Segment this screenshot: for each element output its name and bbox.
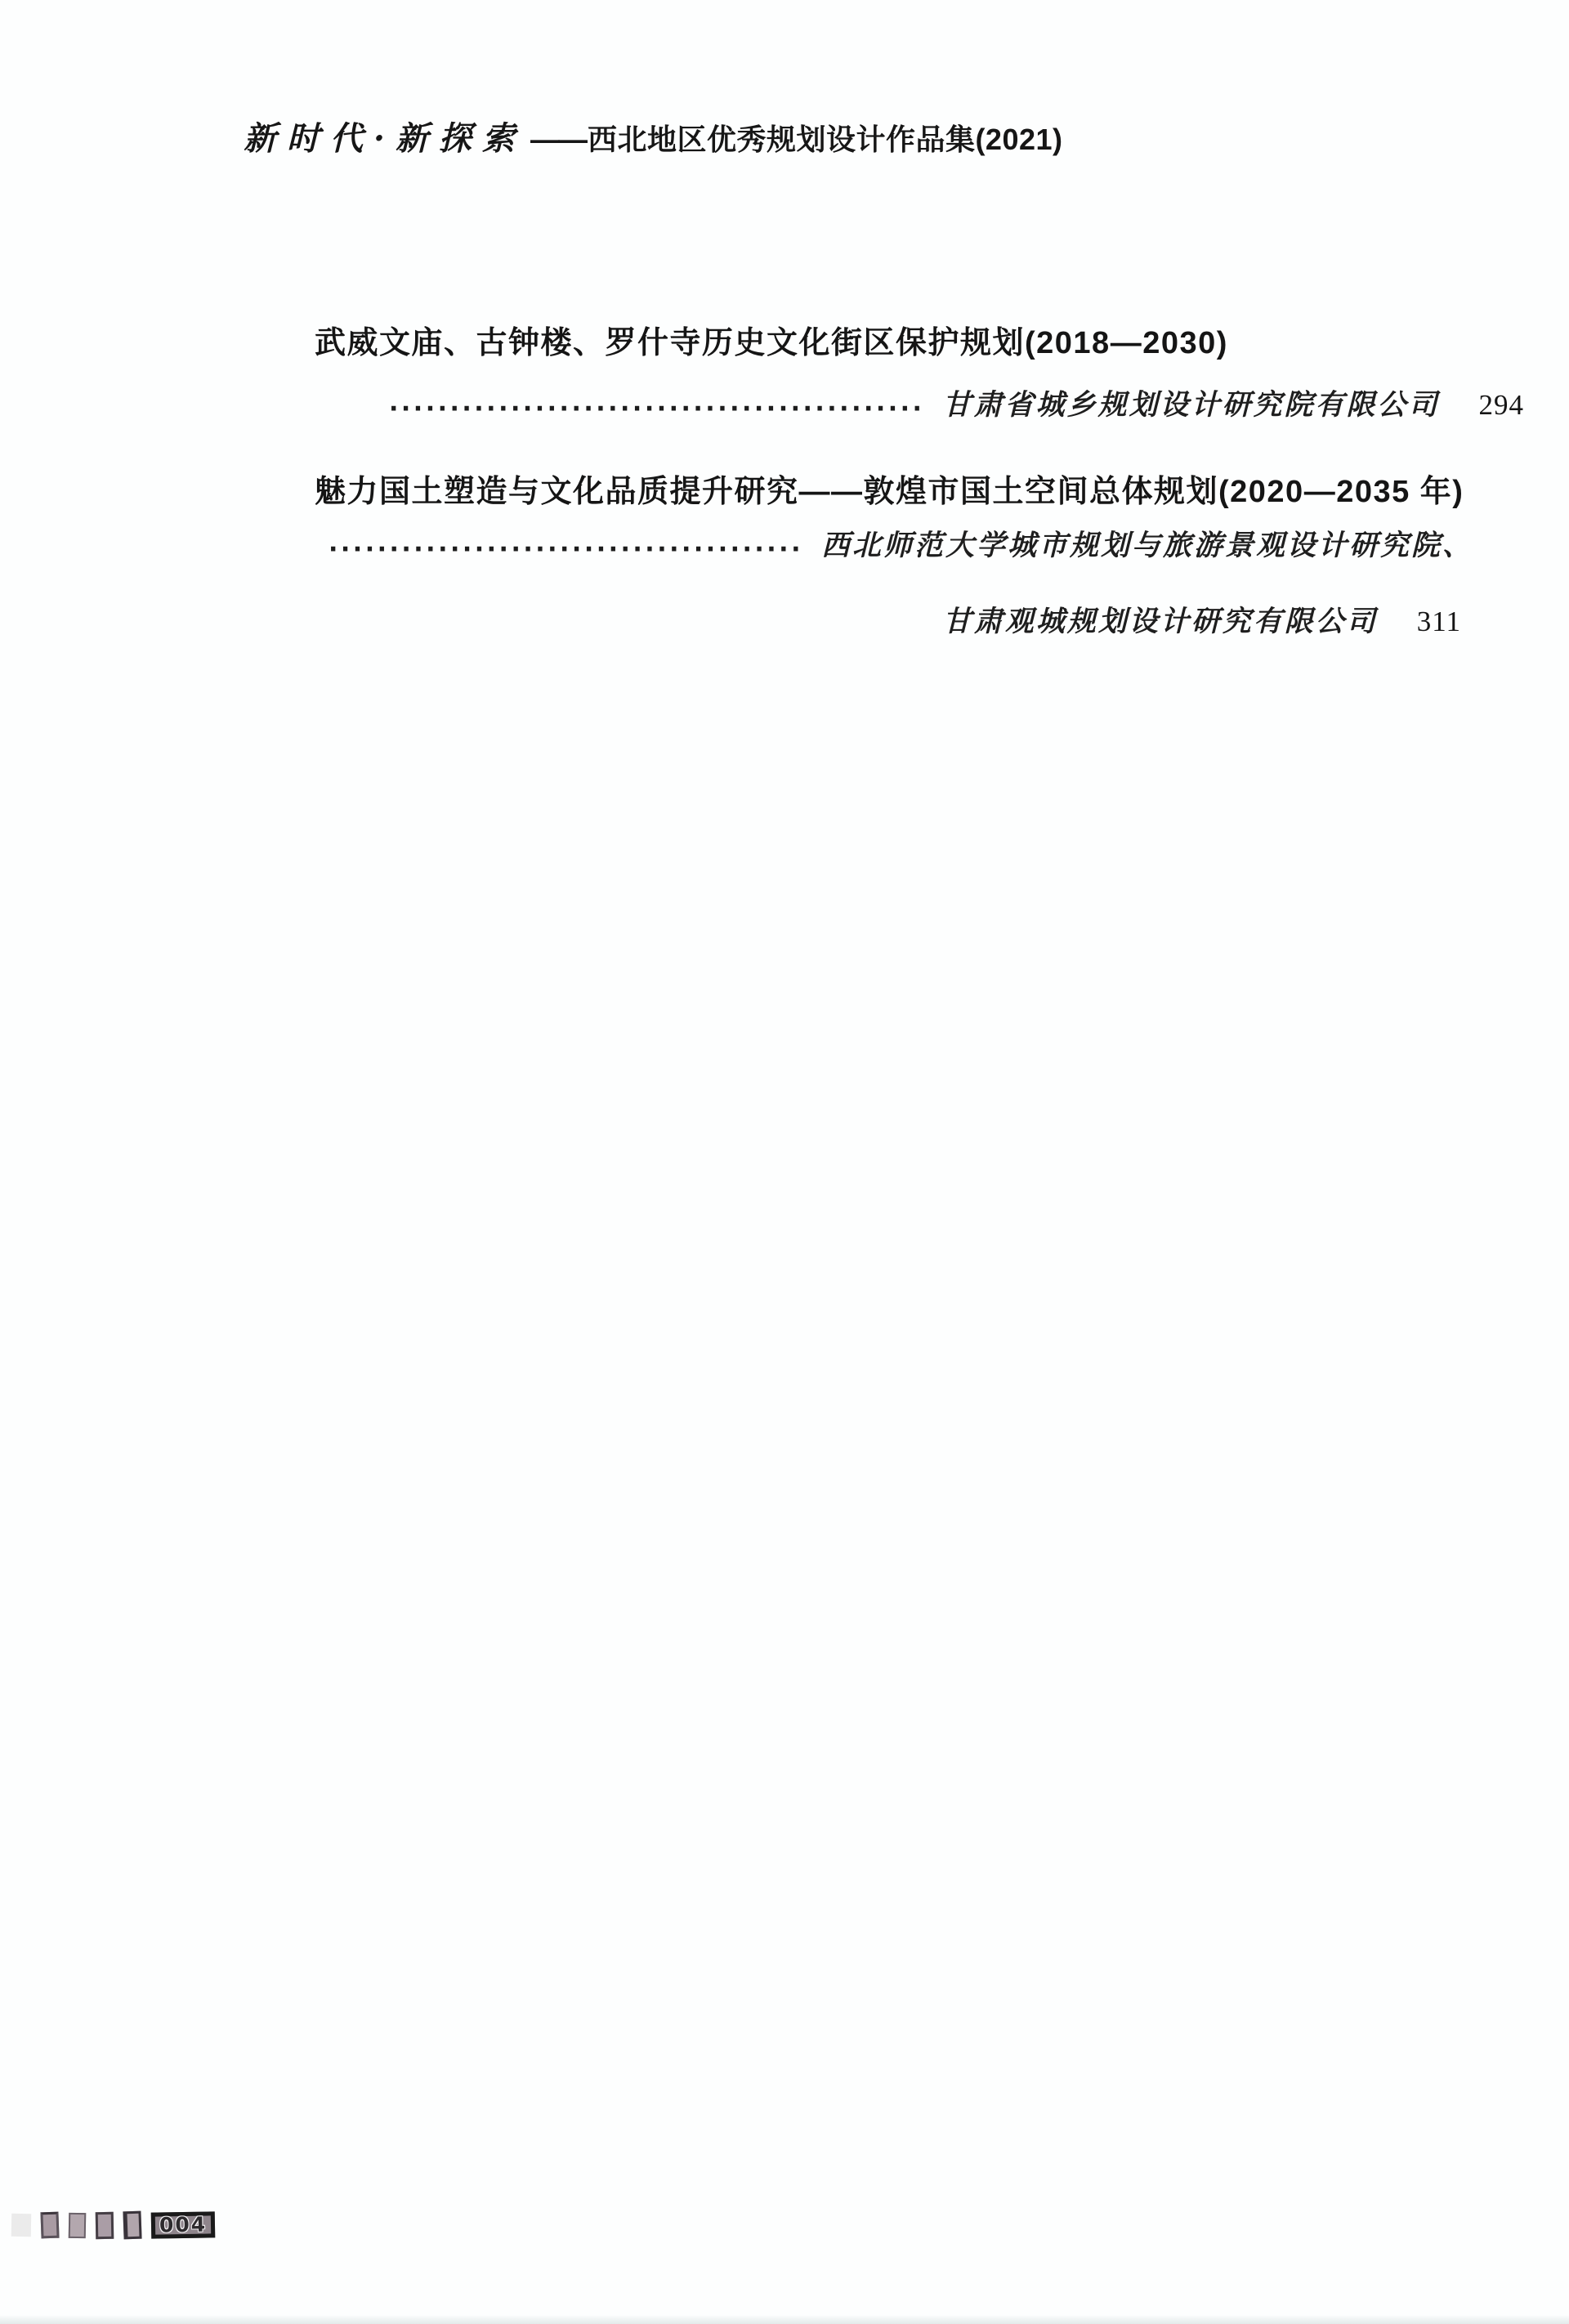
- printer-tone-square: [69, 2212, 87, 2237]
- printer-tone-square: [11, 2214, 31, 2237]
- toc-entry-1-organization: 甘肃省城乡规划设计研究院有限公司: [942, 382, 1439, 423]
- toc-entry-1-leader-row: ········································…: [389, 382, 1524, 423]
- book-subtitle: 西北地区优秀规划设计作品集(2021): [588, 117, 1063, 159]
- dotted-leader: ········································…: [389, 395, 924, 423]
- toc-entry-2-organization-2: 甘肃观城规划设计研究有限公司: [943, 599, 1378, 640]
- toc-entry-1-page-number: 294: [1478, 389, 1524, 422]
- book-title-dash: ——: [530, 123, 586, 157]
- toc-entry-1-title: 武威文庙、古钟楼、罗什寺历史文化街区保护规划(2018—2030): [315, 317, 1228, 362]
- printer-tone-square: [96, 2211, 114, 2238]
- printer-tone-square: [123, 2211, 141, 2240]
- toc-entry-2-organization-1: 西北师范大学城市规划与旅游景观设计研究院、: [821, 523, 1473, 564]
- folio-page-number: 004: [151, 2211, 216, 2238]
- toc-entry-2-page-number: 311: [1417, 606, 1461, 638]
- book-title-calligraphy: 新时代·新探索: [244, 113, 525, 159]
- document-page: 新时代·新探索 —— 西北地区优秀规划设计作品集(2021) 武威文庙、古钟楼、…: [0, 0, 1569, 2324]
- dotted-leader: ·······································: [329, 535, 803, 564]
- folio-strip: 004: [11, 2211, 215, 2239]
- scan-edge-shadow: [0, 2315, 1569, 2324]
- toc-entry-2-leader-row: ······································· …: [329, 523, 1473, 564]
- toc-entry-2-continuation-row: 甘肃观城规划设计研究有限公司 311: [943, 599, 1461, 640]
- toc-entry-2-title: 魅力国土塑造与文化品质提升研究——敦煌市国土空间总体规划(2020—2035 年…: [315, 466, 1464, 511]
- running-header: 新时代·新探索 —— 西北地区优秀规划设计作品集(2021): [244, 113, 1063, 159]
- printer-tone-square: [40, 2212, 59, 2239]
